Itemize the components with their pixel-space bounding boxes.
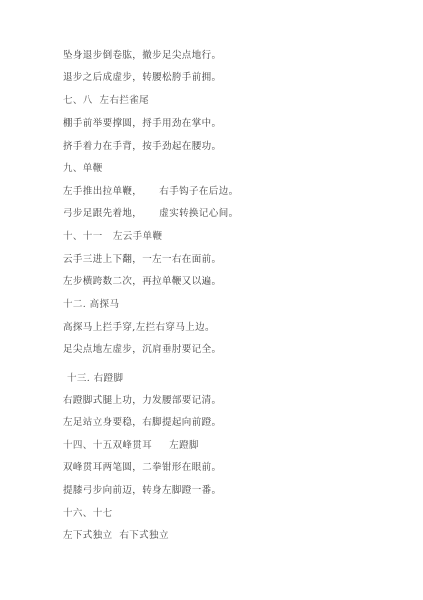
verse-line-2: 退步之后成虚步，转腰松胯手前拥。: [63, 72, 221, 84]
section-heading-9: 九、单鞭: [63, 163, 103, 175]
section-heading-14-15: 十四、十五双峰贯耳 左蹬脚: [63, 440, 199, 452]
section-heading-16-17: 十六、十七: [63, 508, 113, 520]
verse-line-13: 双峰贯耳两笔圆，二拳钳形在眼前。: [63, 462, 221, 474]
section-heading-7-8: 七、八 左右拦雀尾: [63, 95, 149, 107]
verse-line-15: 左下式独立 右下式独立: [63, 530, 169, 542]
verse-line-12: 左足站立身要稳，右脚提起向前蹬。: [63, 417, 221, 429]
verse-line-6: 弓步足跟先着地， 虚实转换记心间。: [63, 208, 239, 220]
verse-line-10: 足尖点地左虚步，沉肩垂肘要记全。: [63, 344, 221, 356]
section-heading-10-11: 十、十一 左云手单鞭: [63, 231, 162, 243]
verse-line-8: 左步横跨数二次，再拉单鞭又以遍。: [63, 276, 221, 288]
section-heading-13: 十三. 右蹬脚: [67, 373, 123, 385]
verse-line-11: 右蹬脚式腿上功，力发腰部要记清。: [63, 395, 221, 407]
verse-line-3: 棚手前举要撑圆，捋手用劲在掌中。: [63, 118, 221, 130]
section-heading-12: 十二. 高探马: [63, 299, 119, 311]
verse-line-4: 挤手着力在手背，按手劲起在腰功。: [63, 141, 221, 153]
verse-line-14: 提膝弓步向前迈，转身左脚蹬一番。: [63, 485, 221, 497]
verse-line-9: 高探马上拦手穿,左拦右穿马上边。: [63, 322, 215, 334]
verse-line-7: 云手三进上下翻，一左一右在面前。: [63, 254, 221, 266]
document-page: 坠身退步倒卷肱，撤步足尖点地行。 退步之后成虚步，转腰松胯手前拥。 七、八 左右…: [0, 0, 423, 600]
verse-line-1: 坠身退步倒卷肱，撤步足尖点地行。: [63, 50, 221, 62]
verse-line-5: 左手推出拉单鞭， 右手钩子在后边。: [63, 186, 239, 198]
